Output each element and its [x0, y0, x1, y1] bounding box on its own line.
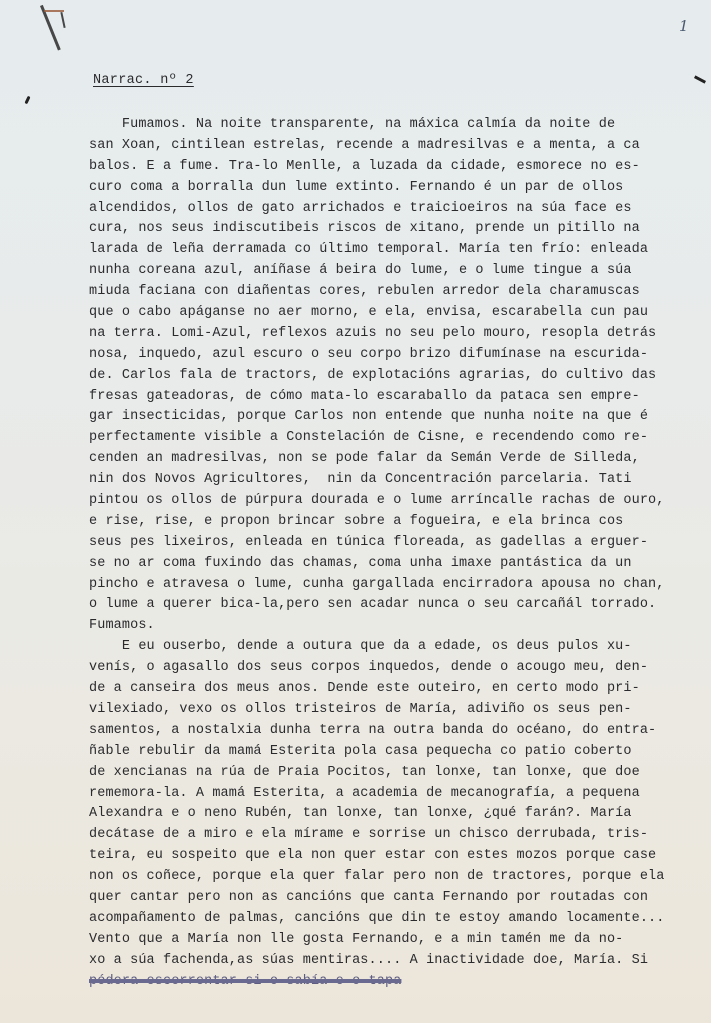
- handwritten-page-number: 1: [679, 17, 689, 35]
- text-line: de a canseira dos meus anos. Dende este …: [89, 679, 699, 700]
- margin-tick-icon: [694, 75, 706, 83]
- document-body: Fumamos. Na noite transparente, na máxic…: [89, 115, 699, 992]
- text-line: Fumamos. Na noite transparente, na máxic…: [89, 115, 699, 136]
- text-line: san Xoan, cintilean estrelas, recende a …: [89, 136, 699, 157]
- text-line: nunha coreana azul, aníñase á beira do l…: [89, 261, 699, 282]
- text-line: o lume a querer bica-la,pero sen acadar …: [89, 595, 699, 616]
- struck-out-line: pódera escorrentar si o sabía e o tapa: [89, 972, 699, 993]
- text-line: seus pes lixeiros, enleada en túnica flo…: [89, 533, 699, 554]
- margin-mark-icon: [24, 96, 30, 105]
- text-line: miuda faciana con diañentas cores, rebul…: [89, 282, 699, 303]
- text-line: Alexandra e o neno Rubén, tan lonxe, tan…: [89, 804, 699, 825]
- text-line: balos. E a fume. Tra-lo Menlle, a luzada…: [89, 157, 699, 178]
- text-line: nosa, inquedo, azul escuro o seu corpo b…: [89, 345, 699, 366]
- text-line: de. Carlos fala de tractors, de explotac…: [89, 366, 699, 387]
- text-line: larada de leña derramada co último tempo…: [89, 240, 699, 261]
- text-line: pintou os ollos de púrpura dourada e o l…: [89, 491, 699, 512]
- pen-mark-icon: [60, 12, 65, 28]
- text-line: acompañamento de palmas, cancións que di…: [89, 909, 699, 930]
- text-line: de xencianas na rúa de Praia Pocitos, ta…: [89, 763, 699, 784]
- text-line: non os coñece, porque ela quer falar per…: [89, 867, 699, 888]
- text-line: ñable rebulir da mamá Esterita pola casa…: [89, 742, 699, 763]
- text-line: e rise, rise, e propon brincar sobre a f…: [89, 512, 699, 533]
- text-line: gar insecticidas, porque Carlos non ente…: [89, 407, 699, 428]
- text-line: rememora-la. A mamá Esterita, a academia…: [89, 784, 699, 805]
- document-heading: Narrac. nº 2: [93, 73, 194, 88]
- text-line: curo coma a borralla dun lume extinto. F…: [89, 178, 699, 199]
- text-line: Fumamos.: [89, 616, 699, 637]
- typewritten-page: 1 Narrac. nº 2 Fumamos. Na noite transpa…: [0, 0, 711, 1023]
- text-line: cura, nos seus indiscutibeis riscos de x…: [89, 219, 699, 240]
- text-line: que o cabo apáganse no aer morno, e ela,…: [89, 303, 699, 324]
- text-line: Vento que a María non lle gosta Fernando…: [89, 930, 699, 951]
- text-line: xo a súa fachenda,as súas mentiras.... A…: [89, 951, 699, 972]
- text-line: perfectamente visible a Constelación de …: [89, 428, 699, 449]
- text-line: teira, eu sospeito que ela non quer esta…: [89, 846, 699, 867]
- text-line: nin dos Novos Agricultores, nin da Conce…: [89, 470, 699, 491]
- text-line: venís, o agasallo dos seus corpos inqued…: [89, 658, 699, 679]
- text-line: fresas gateadoras, de cómo mata-lo escar…: [89, 387, 699, 408]
- text-line: pincho e atravesa o lume, cunha gargalla…: [89, 575, 699, 596]
- text-line: E eu ouserbo, dende a outura que da a ed…: [89, 637, 699, 658]
- text-line: alcendidos, ollos de gato arrichados e t…: [89, 199, 699, 220]
- text-line: cenden an madresilvas, non se pode falar…: [89, 449, 699, 470]
- text-line: quer cantar pero non as cancións que can…: [89, 888, 699, 909]
- text-line: decátase de a miro e ela mírame e sorris…: [89, 825, 699, 846]
- text-line: vilexiado, vexo os ollos tristeiros de M…: [89, 700, 699, 721]
- text-line: se no ar coma fuxindo das chamas, coma u…: [89, 554, 699, 575]
- text-line: na terra. Lomi-Azul, reflexos azuis no s…: [89, 324, 699, 345]
- text-line: samentos, a nostalxia dunha terra na out…: [89, 721, 699, 742]
